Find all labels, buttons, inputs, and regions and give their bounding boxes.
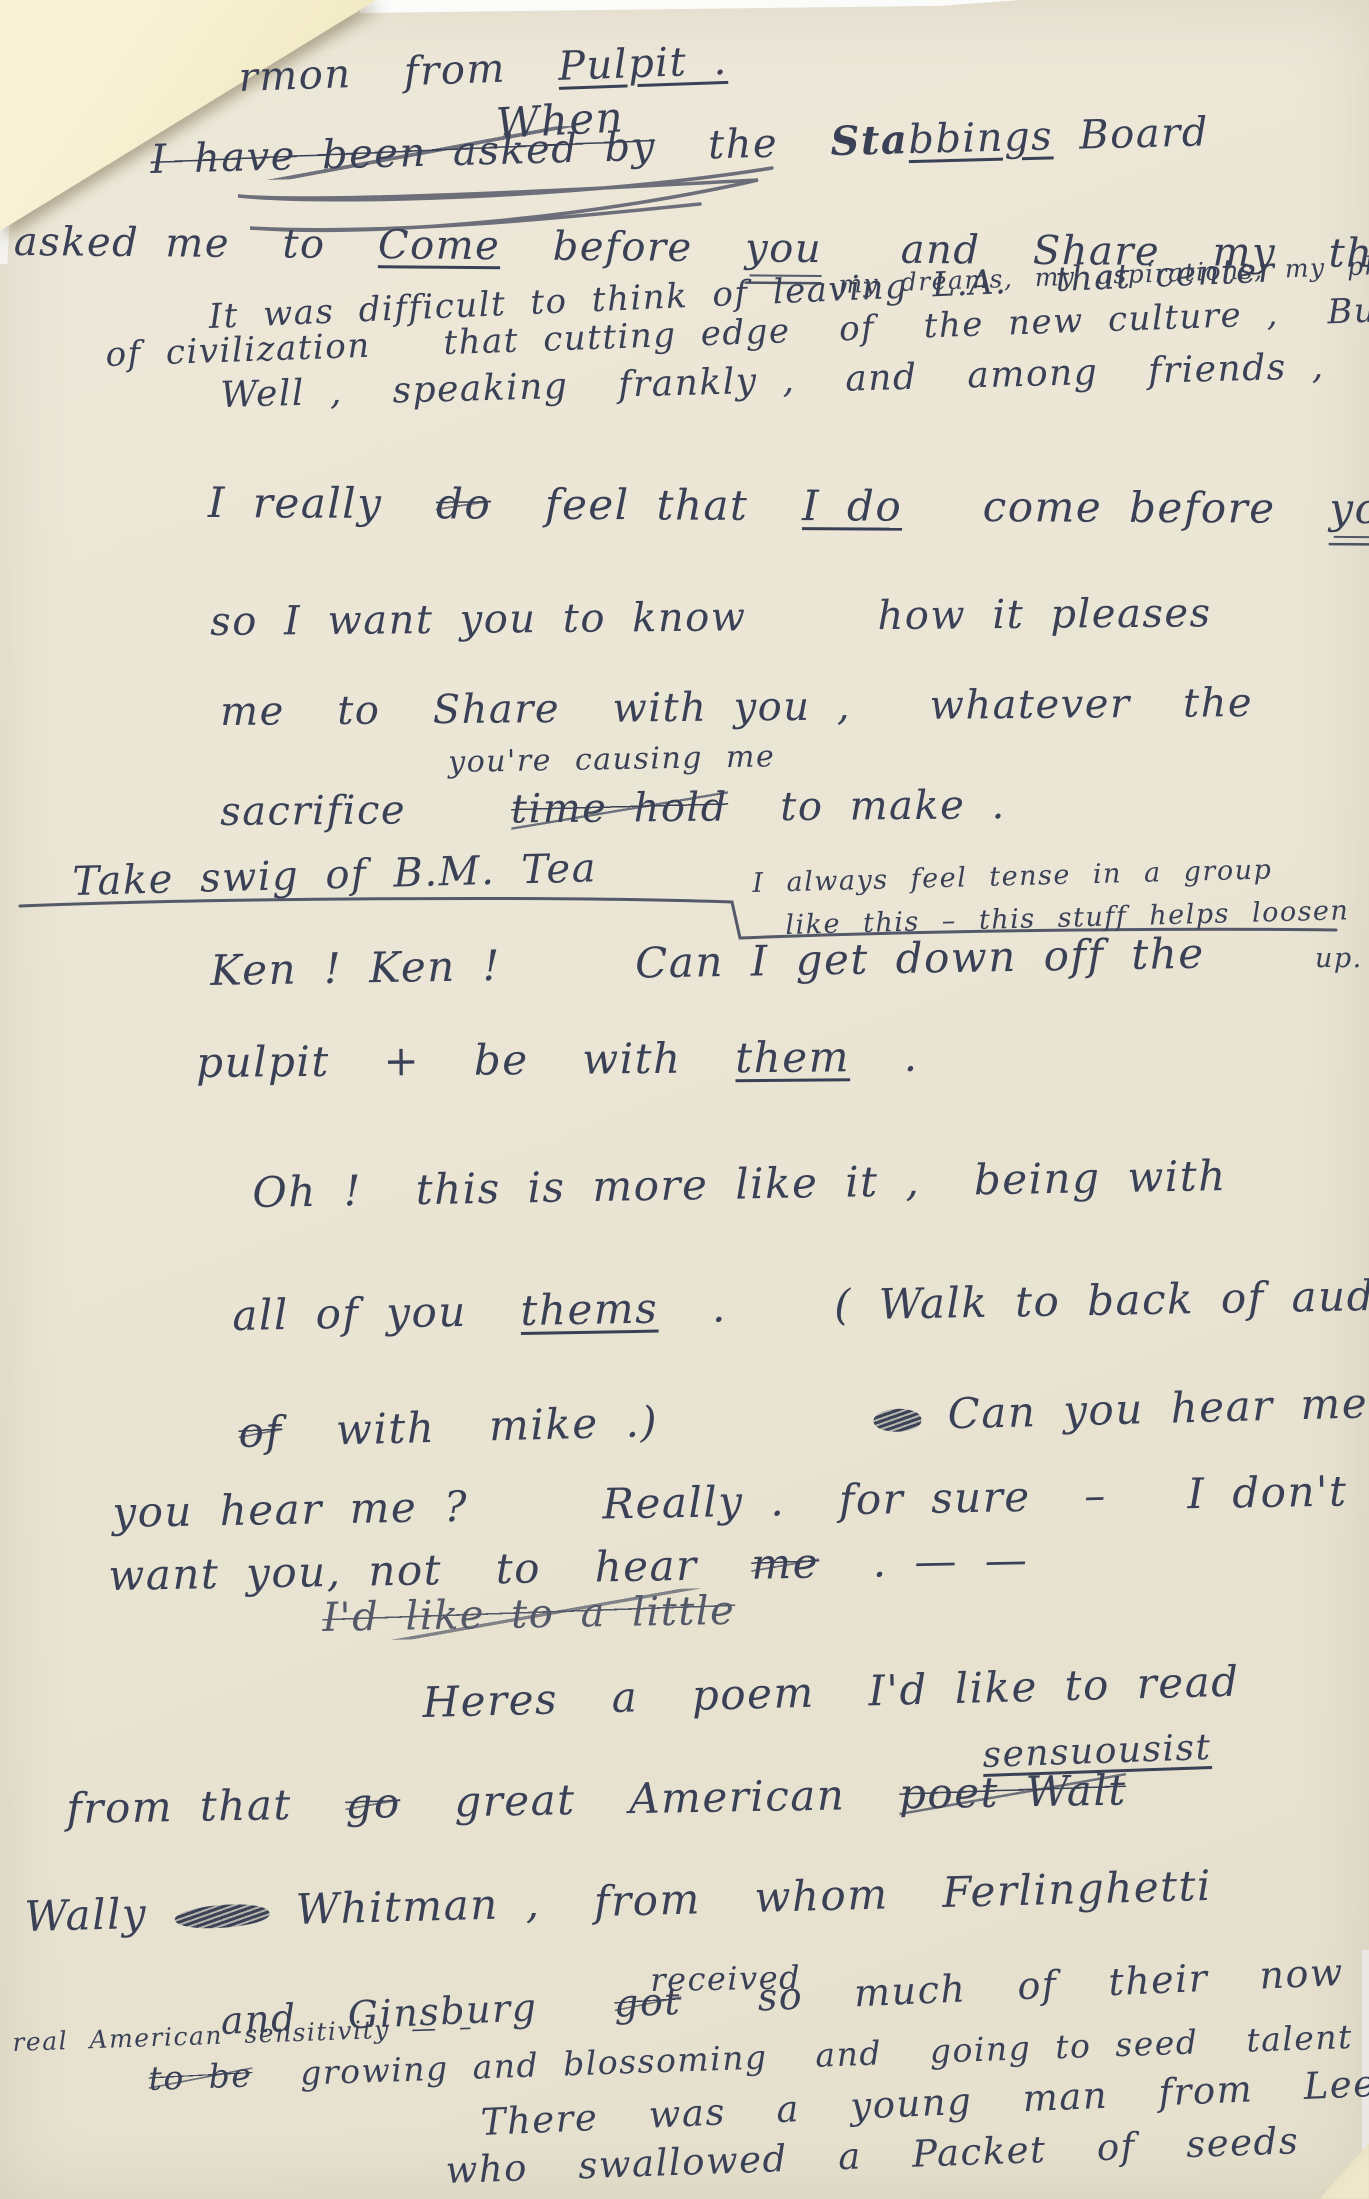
folded-corner bbox=[0, 0, 392, 238]
handwriting-segment: Sta bbox=[830, 116, 909, 165]
handwriting-segment: of bbox=[238, 1407, 283, 1457]
handwriting-segment: to be bbox=[148, 2055, 253, 2098]
handwriting-segment: go bbox=[345, 1778, 401, 1828]
handwriting-segment: them bbox=[735, 1032, 850, 1082]
handwriting-segment: me bbox=[751, 1539, 820, 1589]
handwriting-segment: up. bbox=[1315, 943, 1363, 974]
ink-scribble bbox=[872, 1407, 922, 1435]
handwriting-segment: poet Walt bbox=[899, 1765, 1127, 1818]
handwriting-segment: Come bbox=[378, 222, 501, 269]
handwriting-segment: before bbox=[500, 223, 745, 271]
handwriting-segment: the bbox=[655, 119, 831, 170]
handwriting-segment: I do bbox=[802, 481, 902, 531]
line-pulpit-be-with: pulpit + be with them . bbox=[196, 1036, 919, 1084]
line-id-like-to: I'd like to a little bbox=[322, 1591, 736, 1638]
handwriting-segment: I really bbox=[208, 478, 436, 528]
ink-scribble bbox=[173, 1900, 270, 1932]
handwriting-segment: do bbox=[436, 479, 491, 528]
line-i-really-feel: I really do feel that I do come before y… bbox=[208, 482, 1369, 530]
handwriting-segment: asked me to bbox=[14, 219, 379, 268]
handwriting-segment: . bbox=[850, 1032, 919, 1082]
handwriting-segment: all of you bbox=[232, 1286, 521, 1340]
handwriting-segment: me to Share with you , whatever the bbox=[220, 680, 1253, 735]
handwriting-segment: feel that bbox=[491, 479, 802, 530]
handwriting-segment: Board bbox=[1053, 109, 1210, 159]
handwriting-segment: . — — bbox=[819, 1535, 1029, 1588]
handwriting-segment: pulpit + be with bbox=[196, 1033, 736, 1087]
handwriting-segment: come before bbox=[902, 482, 1329, 533]
line-share-with-you: me to Share with you , whatever the bbox=[220, 683, 1253, 732]
handwriting-segment: I'd like to a little bbox=[322, 1588, 736, 1641]
manuscript-photo: rmon from Pulpit .WhenI have been asked … bbox=[0, 0, 1369, 2199]
handwriting-segment: Pulpit . bbox=[557, 38, 728, 90]
handwriting-segment: sacrifice bbox=[220, 786, 511, 835]
handwriting-segment: thems bbox=[520, 1284, 659, 1335]
note-tense-group-3: up. bbox=[1315, 945, 1363, 972]
handwriting-segment: so I want you to know how it pleases bbox=[210, 590, 1212, 645]
handwriting-segment: you bbox=[1329, 484, 1369, 546]
handwriting-segment: time hold bbox=[511, 785, 728, 833]
line-sacrifice: sacrifice time hold to make . bbox=[220, 785, 1006, 832]
handwriting-segment: great American bbox=[400, 1769, 899, 1827]
folded-corner-shadow bbox=[0, 0, 392, 238]
handwriting-segment: bbings bbox=[908, 113, 1054, 163]
line-want-you-know: so I want you to know how it pleases bbox=[210, 593, 1212, 642]
handwriting-segment: to make . bbox=[728, 782, 1006, 830]
handwriting-segment: got bbox=[613, 1979, 682, 2026]
handwriting-segment: Wally bbox=[24, 1888, 175, 1941]
handwriting-segment: from that bbox=[66, 1779, 346, 1833]
handwriting-segment: you're causing me bbox=[448, 739, 776, 780]
insert-causing-me: you're causing me bbox=[448, 742, 775, 778]
